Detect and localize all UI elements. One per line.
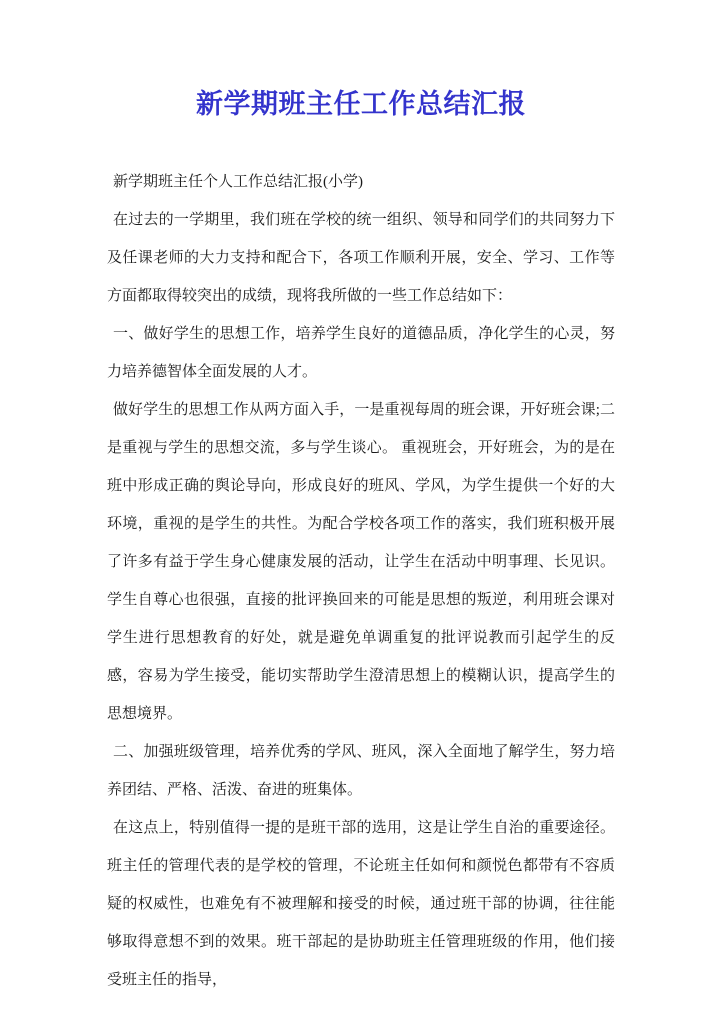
paragraph-subtitle: 新学期班主任个人工作总结汇报(小学) <box>107 163 615 201</box>
paragraph-section-2-body: 在这点上，特别值得一提的是班干部的选用，这是让学生自治的重要途径。班主任的管理代… <box>107 809 615 999</box>
paragraph-section-2-heading: 二、加强班级管理，培养优秀的学风、班风，深入全面地了解学生，努力培养团结、严格、… <box>107 733 615 809</box>
document-title: 新学期班主任工作总结汇报 <box>107 84 615 124</box>
document-body: 新学期班主任个人工作总结汇报(小学) 在过去的一学期里，我们班在学校的统一组织、… <box>107 163 615 999</box>
paragraph-section-1-heading: 一、做好学生的思想工作，培养学生良好的道德品质，净化学生的心灵，努力培养德智体全… <box>107 315 615 391</box>
document-page: 新学期班主任工作总结汇报 新学期班主任个人工作总结汇报(小学) 在过去的一学期里… <box>0 0 721 1020</box>
paragraph-section-1-body: 做好学生的思想工作从两方面入手，一是重视每周的班会课，开好班会课;二是重视与学生… <box>107 391 615 733</box>
paragraph-intro: 在过去的一学期里，我们班在学校的统一组织、领导和同学们的共同努力下及任课老师的大… <box>107 201 615 315</box>
